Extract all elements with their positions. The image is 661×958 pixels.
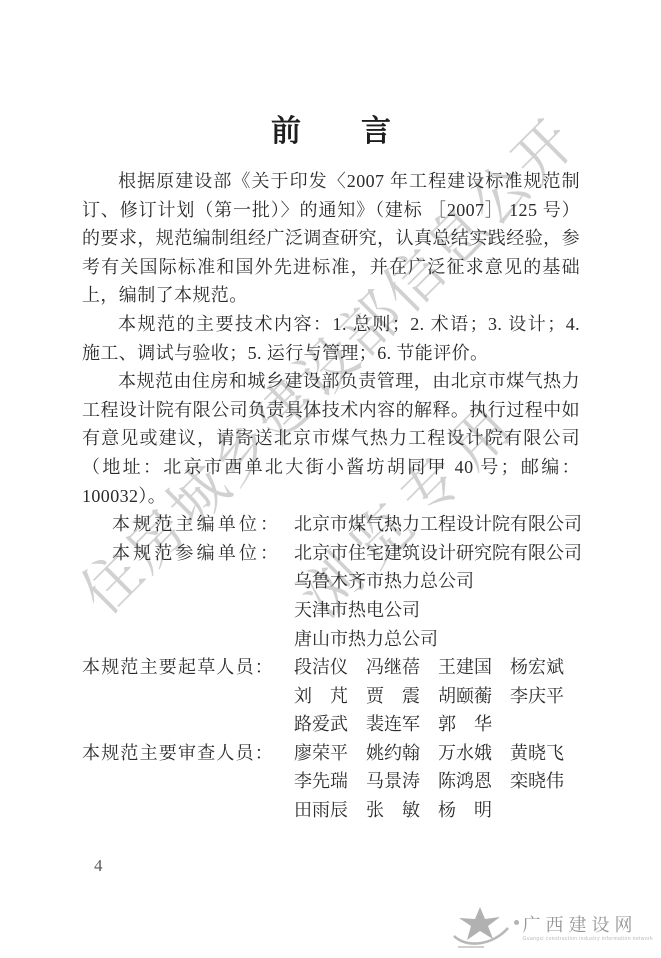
reviewers-names: 田雨辰 张 敏 杨 明: [294, 796, 492, 825]
co-editor-unit: 北京市住宅建筑设计研究院有限公司: [294, 539, 582, 568]
drafters-row: 路爱武 裴连军 郭 华: [82, 710, 580, 739]
document-page: 住房城乡建设部信息公开 浏览专用 前 言 根据原建设部《关于印发〈2007 年工…: [0, 0, 661, 958]
paragraph-2: 本规范的主要技术内容：1. 总则；2. 术语；3. 设计；4. 施工、调试与验收…: [82, 310, 580, 367]
page-number: 4: [94, 856, 103, 876]
page-title: 前 言: [82, 112, 580, 152]
logo-site-name: 广西建设网: [523, 914, 654, 936]
chief-editor-label: 本规范主编单位：: [82, 510, 278, 539]
reviewers-row: 李先瑞 马景涛 陈鸿恩 栾晓伟: [82, 767, 580, 796]
star-logo-icon: [450, 906, 512, 952]
drafters-names: 刘 芃 贾 震 胡颐蘅 李庆平: [294, 682, 564, 711]
co-editor-unit: 天津市热电公司: [294, 596, 420, 625]
reviewers-label: 本规范主要审查人员：: [82, 739, 278, 768]
co-editor-row: 乌鲁木齐市热力总公司: [82, 567, 580, 596]
co-editor-row: 唐山市热力总公司: [82, 625, 580, 654]
drafters-row: 刘 芃 贾 震 胡颐蘅 李庆平: [82, 682, 580, 711]
co-editor-unit: 唐山市热力总公司: [294, 625, 438, 654]
drafters-row: 本规范主要起草人员： 段洁仪 冯继蓓 王建国 杨宏斌: [82, 653, 580, 682]
logo-text-block: 广西建设网 Guangxi construction industry info…: [523, 914, 654, 943]
chief-editor-unit: 北京市煤气热力工程设计院有限公司: [294, 510, 582, 539]
reviewers-names: 李先瑞 马景涛 陈鸿恩 栾晓伟: [294, 767, 564, 796]
co-editor-label: 本规范参编单位：: [82, 539, 278, 568]
paragraph-3: 本规范由住房和城乡建设部负责管理，由北京市煤气热力工程设计院有限公司负责具体技术…: [82, 367, 580, 510]
paragraph-1: 根据原建设部《关于印发〈2007 年工程建设标准规范制订、修订计划（第一批）〉的…: [82, 167, 580, 310]
reviewers-row: 本规范主要审查人员： 廖荣平 姚约翰 万水娥 黄晓飞: [82, 739, 580, 768]
drafters-label: 本规范主要起草人员：: [82, 653, 278, 682]
co-editor-unit: 乌鲁木齐市热力总公司: [294, 567, 474, 596]
co-editor-row: 天津市热电公司: [82, 596, 580, 625]
drafters-names: 路爱武 裴连军 郭 华: [294, 710, 492, 739]
reviewers-row: 田雨辰 张 敏 杨 明: [82, 796, 580, 825]
reviewers-names: 廖荣平 姚约翰 万水娥 黄晓飞: [294, 739, 564, 768]
chief-editor-row: 本规范主编单位： 北京市煤气热力工程设计院有限公司: [82, 510, 580, 539]
site-logo: 广西建设网 Guangxi construction industry info…: [450, 906, 654, 952]
logo-tagline: Guangxi construction industry informatio…: [523, 936, 654, 943]
co-editor-row: 本规范参编单位： 北京市住宅建筑设计研究院有限公司: [82, 539, 580, 568]
logo-dot-icon: [514, 920, 519, 925]
page-content: 前 言 根据原建设部《关于印发〈2007 年工程建设标准规范制订、修订计划（第一…: [0, 0, 661, 825]
drafters-names: 段洁仪 冯继蓓 王建国 杨宏斌: [294, 653, 564, 682]
